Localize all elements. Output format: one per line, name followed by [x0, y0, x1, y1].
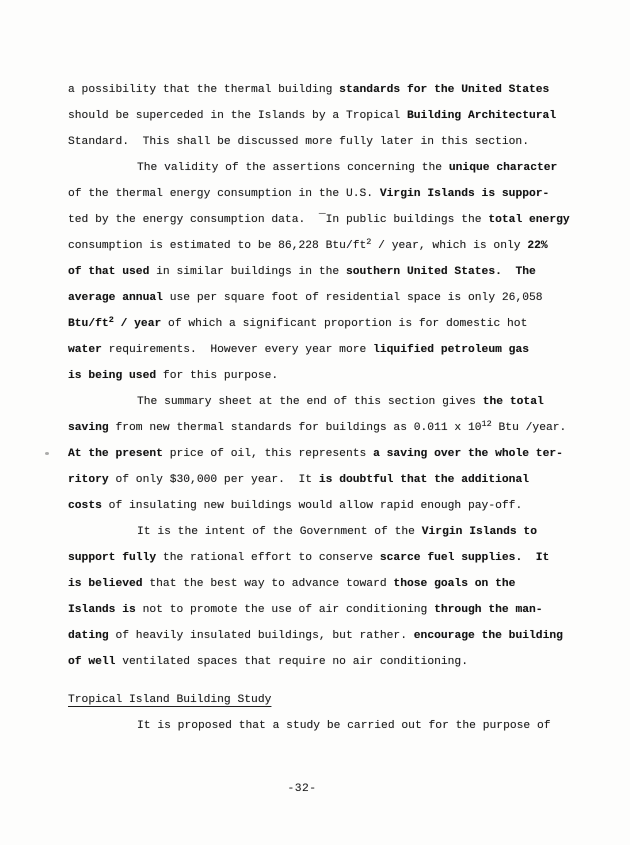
text-line: At the present price of oil, this repres…	[68, 441, 588, 467]
scan-artifact-dot	[45, 452, 49, 455]
text-line: Btu/ft2 / year of which a significant pr…	[68, 311, 588, 337]
text-line: a possibility that the thermal building …	[68, 77, 588, 103]
text-line: of well ventilated spaces that require n…	[68, 649, 588, 675]
text-line: is believed that the best way to advance…	[68, 571, 588, 597]
text-line: costs of insulating new buildings would …	[68, 493, 588, 519]
text-line: saving from new thermal standards for bu…	[68, 415, 588, 441]
page-body: a possibility that the thermal building …	[68, 77, 588, 739]
text-line: ted by the energy consumption data. ¯In …	[68, 207, 588, 233]
text-line: Standard. This shall be discussed more f…	[68, 129, 588, 155]
text-line: The validity of the assertions concernin…	[68, 155, 588, 181]
text-line: is being used for this purpose.	[68, 363, 588, 389]
document-page: a possibility that the thermal building …	[0, 0, 630, 845]
page-number: -32-	[0, 776, 604, 802]
text-line: ritory of only $30,000 per year. It is d…	[68, 467, 588, 493]
text-line: dating of heavily insulated buildings, b…	[68, 623, 588, 649]
text-line: support fully the rational effort to con…	[68, 545, 588, 571]
text-line: of that used in similar buildings in the…	[68, 259, 588, 285]
section-heading: Tropical Island Building Study	[68, 687, 588, 713]
text-line: It is the intent of the Government of th…	[68, 519, 588, 545]
text-line: Islands is not to promote the use of air…	[68, 597, 588, 623]
text-line: should be superceded in the Islands by a…	[68, 103, 588, 129]
text-line: It is proposed that a study be carried o…	[68, 713, 588, 739]
text-line: consumption is estimated to be 86,228 Bt…	[68, 233, 588, 259]
text-line: of the thermal energy consumption in the…	[68, 181, 588, 207]
text-line: water requirements. However every year m…	[68, 337, 588, 363]
text-line: average annual use per square foot of re…	[68, 285, 588, 311]
text-line: The summary sheet at the end of this sec…	[68, 389, 588, 415]
